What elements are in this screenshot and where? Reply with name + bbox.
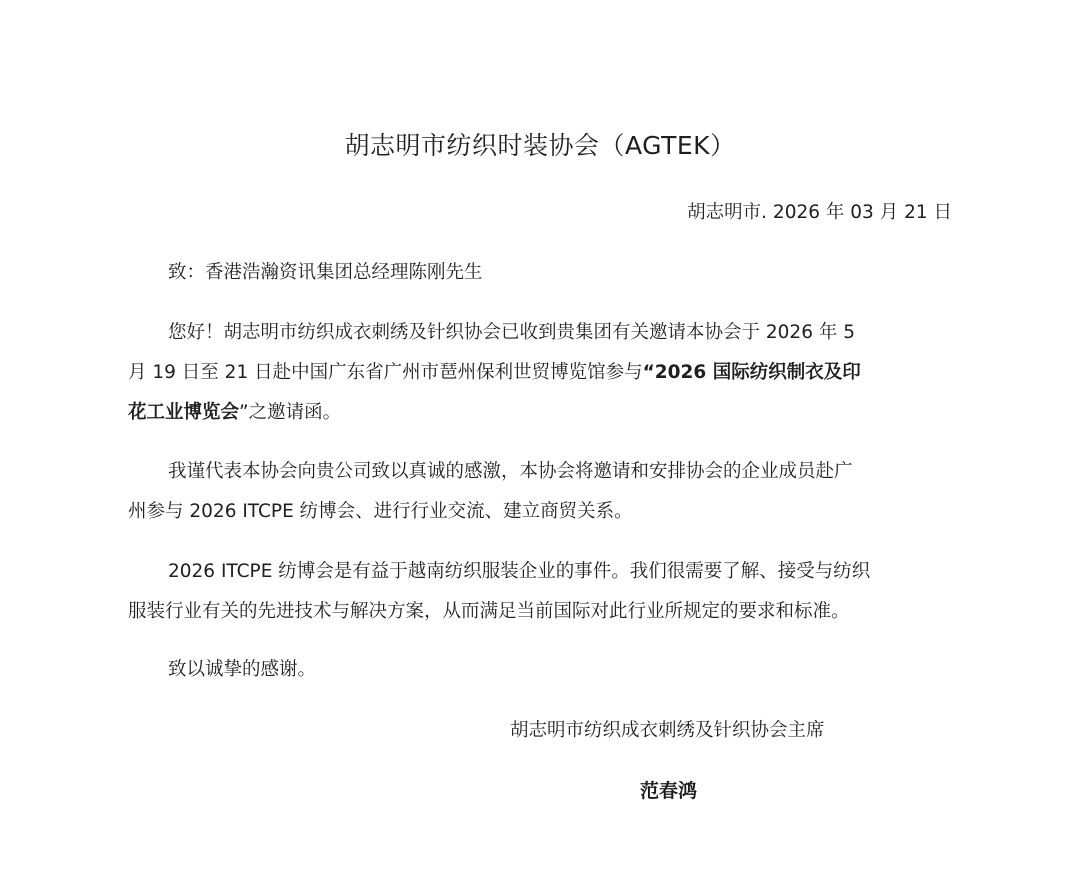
signature-organization-title: 胡志明市纺织成衣刺绣及针织协会主席 [510, 716, 825, 746]
letter-page: 胡志明市纺织时装协会（AGTEK） 胡志明市. 2026 年 03 月 21 日… [0, 0, 1080, 875]
exhibition-name-bold: “2026 国际纺织制衣及印 [643, 362, 861, 383]
paragraph-line: 月 19 日至 21 日赴中国广东省广州市琶州保利世贸博览馆参与“2026 国际… [128, 353, 958, 393]
letter-dateline: 胡志明市. 2026 年 03 月 21 日 [687, 198, 952, 228]
paragraph-gratitude: 我谨代表本协会向贵公司致以真诚的感激，本协会将邀请和安排协会的企业成员赴广 州参… [128, 452, 958, 532]
paragraph-line: 2026 ITCPE 纺博会是有益于越南纺织服装企业的事件。我们很需要了解、接受… [128, 552, 958, 592]
letter-closing: 致以诚挚的感谢。 [168, 655, 316, 685]
paragraph-line: 您好！胡志明市纺织成衣刺绣及针织协会已收到贵集团有关邀请本协会于 2026 年 … [128, 313, 958, 353]
paragraph-acknowledgement: 您好！胡志明市纺织成衣刺绣及针织协会已收到贵集团有关邀请本协会于 2026 年 … [128, 313, 958, 433]
line-text: ”之邀请函。 [239, 402, 341, 423]
paragraph-line: 花工业博览会”之邀请函。 [128, 393, 958, 433]
paragraph-line: 州参与 2026 ITCPE 纺博会、进行行业交流、建立商贸关系。 [128, 492, 958, 532]
paragraph-line: 服装行业有关的先进技术与解决方案，从而满足当前国际对此行业所规定的要求和标准。 [128, 592, 958, 632]
exhibition-name-bold: 花工业博览会 [128, 402, 239, 423]
letter-salutation: 致：香港浩瀚资讯集团总经理陈刚先生 [168, 258, 483, 288]
paragraph-line: 我谨代表本协会向贵公司致以真诚的感激，本协会将邀请和安排协会的企业成员赴广 [128, 452, 958, 492]
line-text: 月 19 日至 21 日赴中国广东省广州市琶州保利世贸博览馆参与 [128, 362, 643, 383]
signature-name: 范春鸿 [640, 776, 697, 806]
paragraph-importance: 2026 ITCPE 纺博会是有益于越南纺织服装企业的事件。我们很需要了解、接受… [128, 552, 958, 632]
letter-title: 胡志明市纺织时装协会（AGTEK） [0, 128, 1080, 164]
